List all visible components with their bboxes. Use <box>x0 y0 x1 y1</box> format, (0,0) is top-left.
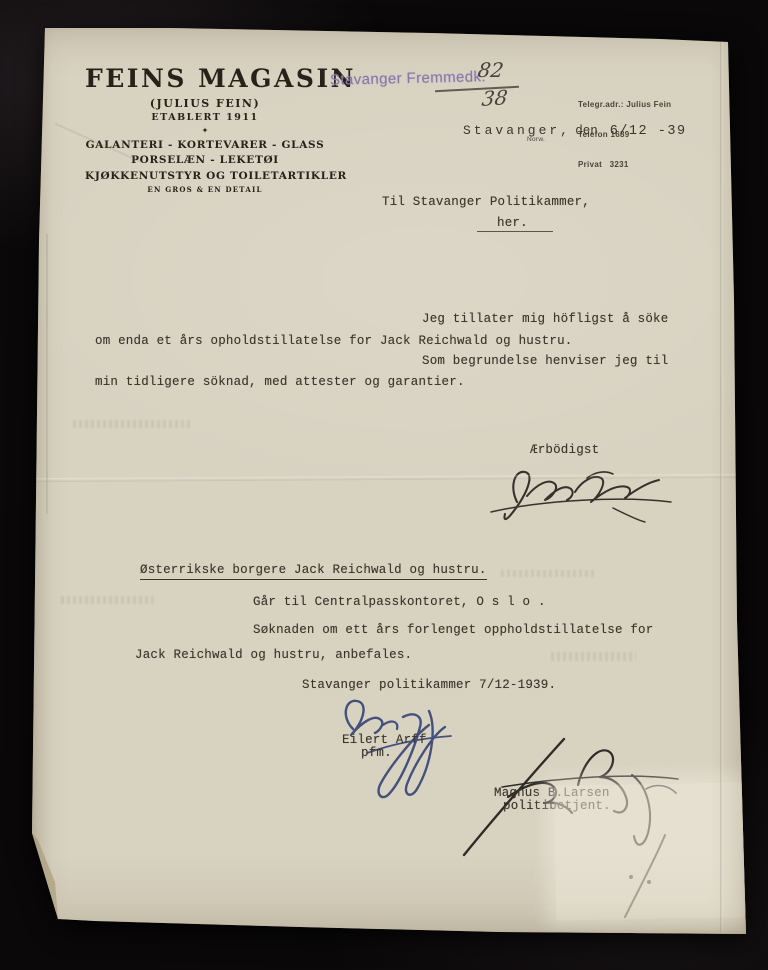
recipient-place: her. <box>497 216 528 230</box>
endorsement-subject: Østerrikske borgere Jack Reichwald og hu… <box>140 563 487 577</box>
body-line-2: om enda et års opholdstillatelse for Jac… <box>95 334 572 348</box>
letter-paper: FEINS MAGASIN (JULIUS FEIN) ETABLERT 191… <box>31 24 747 936</box>
dateline-note: Norw. <box>527 136 545 143</box>
body-line-3: Som begrundelse henviser jeg til <box>422 354 668 368</box>
dateline-separator: , den <box>560 124 598 138</box>
registry-stamp: Stavanger Fremmedk. <box>330 68 486 89</box>
letterhead-products-2: PORSELÆN - LEKETØI <box>85 154 325 166</box>
endorsement-line-2: Søknaden om ett års forlenget oppholdsti… <box>253 623 653 637</box>
company-name: FEINS MAGASIN <box>85 64 325 93</box>
dateline-date: 6/12 -39 <box>610 124 687 139</box>
ghost-impression <box>551 652 636 661</box>
crease-line <box>720 38 723 933</box>
folded-corner <box>31 24 71 936</box>
case-number-top: 82 <box>476 58 505 82</box>
body-line-1: Jeg tillater mig höfligst å söke <box>422 312 668 326</box>
dateline: Stavanger, den6/12 -39 Norw. <box>463 121 687 139</box>
officer1-title: pfm. <box>361 746 392 760</box>
recipient-line: Til Stavanger Politikammer, <box>382 195 590 209</box>
company-owner: (JULIUS FEIN) <box>85 97 325 110</box>
letterhead-products-3: KJØKKENUTSTYR OG TOILETARTIKLER <box>85 170 325 182</box>
divider-ornament: ✦ <box>85 126 325 135</box>
endorsement-line-3: Jack Reichwald og hustru, anbefales. <box>135 648 412 662</box>
letterhead-trade-note: EN GROS & EN DETAIL <box>85 185 325 194</box>
crease-line <box>46 234 48 514</box>
contact-telegram: Telegr.adr.: Julius Fein <box>578 100 671 110</box>
body-line-4: min tidligere söknad, med attester og ga… <box>95 375 465 389</box>
contact-private: Privat 3231 <box>578 160 671 170</box>
endorsement-line-1: Går til Centralpasskontoret, O s l o . <box>253 595 546 609</box>
ghost-impression <box>61 596 156 604</box>
company-established: ETABLERT 1911 <box>85 112 325 123</box>
letterhead: FEINS MAGASIN (JULIUS FEIN) ETABLERT 191… <box>85 64 325 194</box>
case-number-bottom: 38 <box>481 85 509 111</box>
officer2-title: politibetjent. <box>503 799 611 813</box>
scan-background: FEINS MAGASIN (JULIUS FEIN) ETABLERT 191… <box>0 0 768 970</box>
ghost-impression <box>501 570 596 577</box>
fein-signature <box>483 456 678 524</box>
dateline-place: Stavanger <box>463 123 560 138</box>
pen-mark <box>591 821 701 931</box>
recipient-underline <box>477 231 553 232</box>
ghost-impression <box>73 420 193 428</box>
letterhead-products-1: GALANTERI - KORTEVARER - GLASS <box>85 139 325 151</box>
